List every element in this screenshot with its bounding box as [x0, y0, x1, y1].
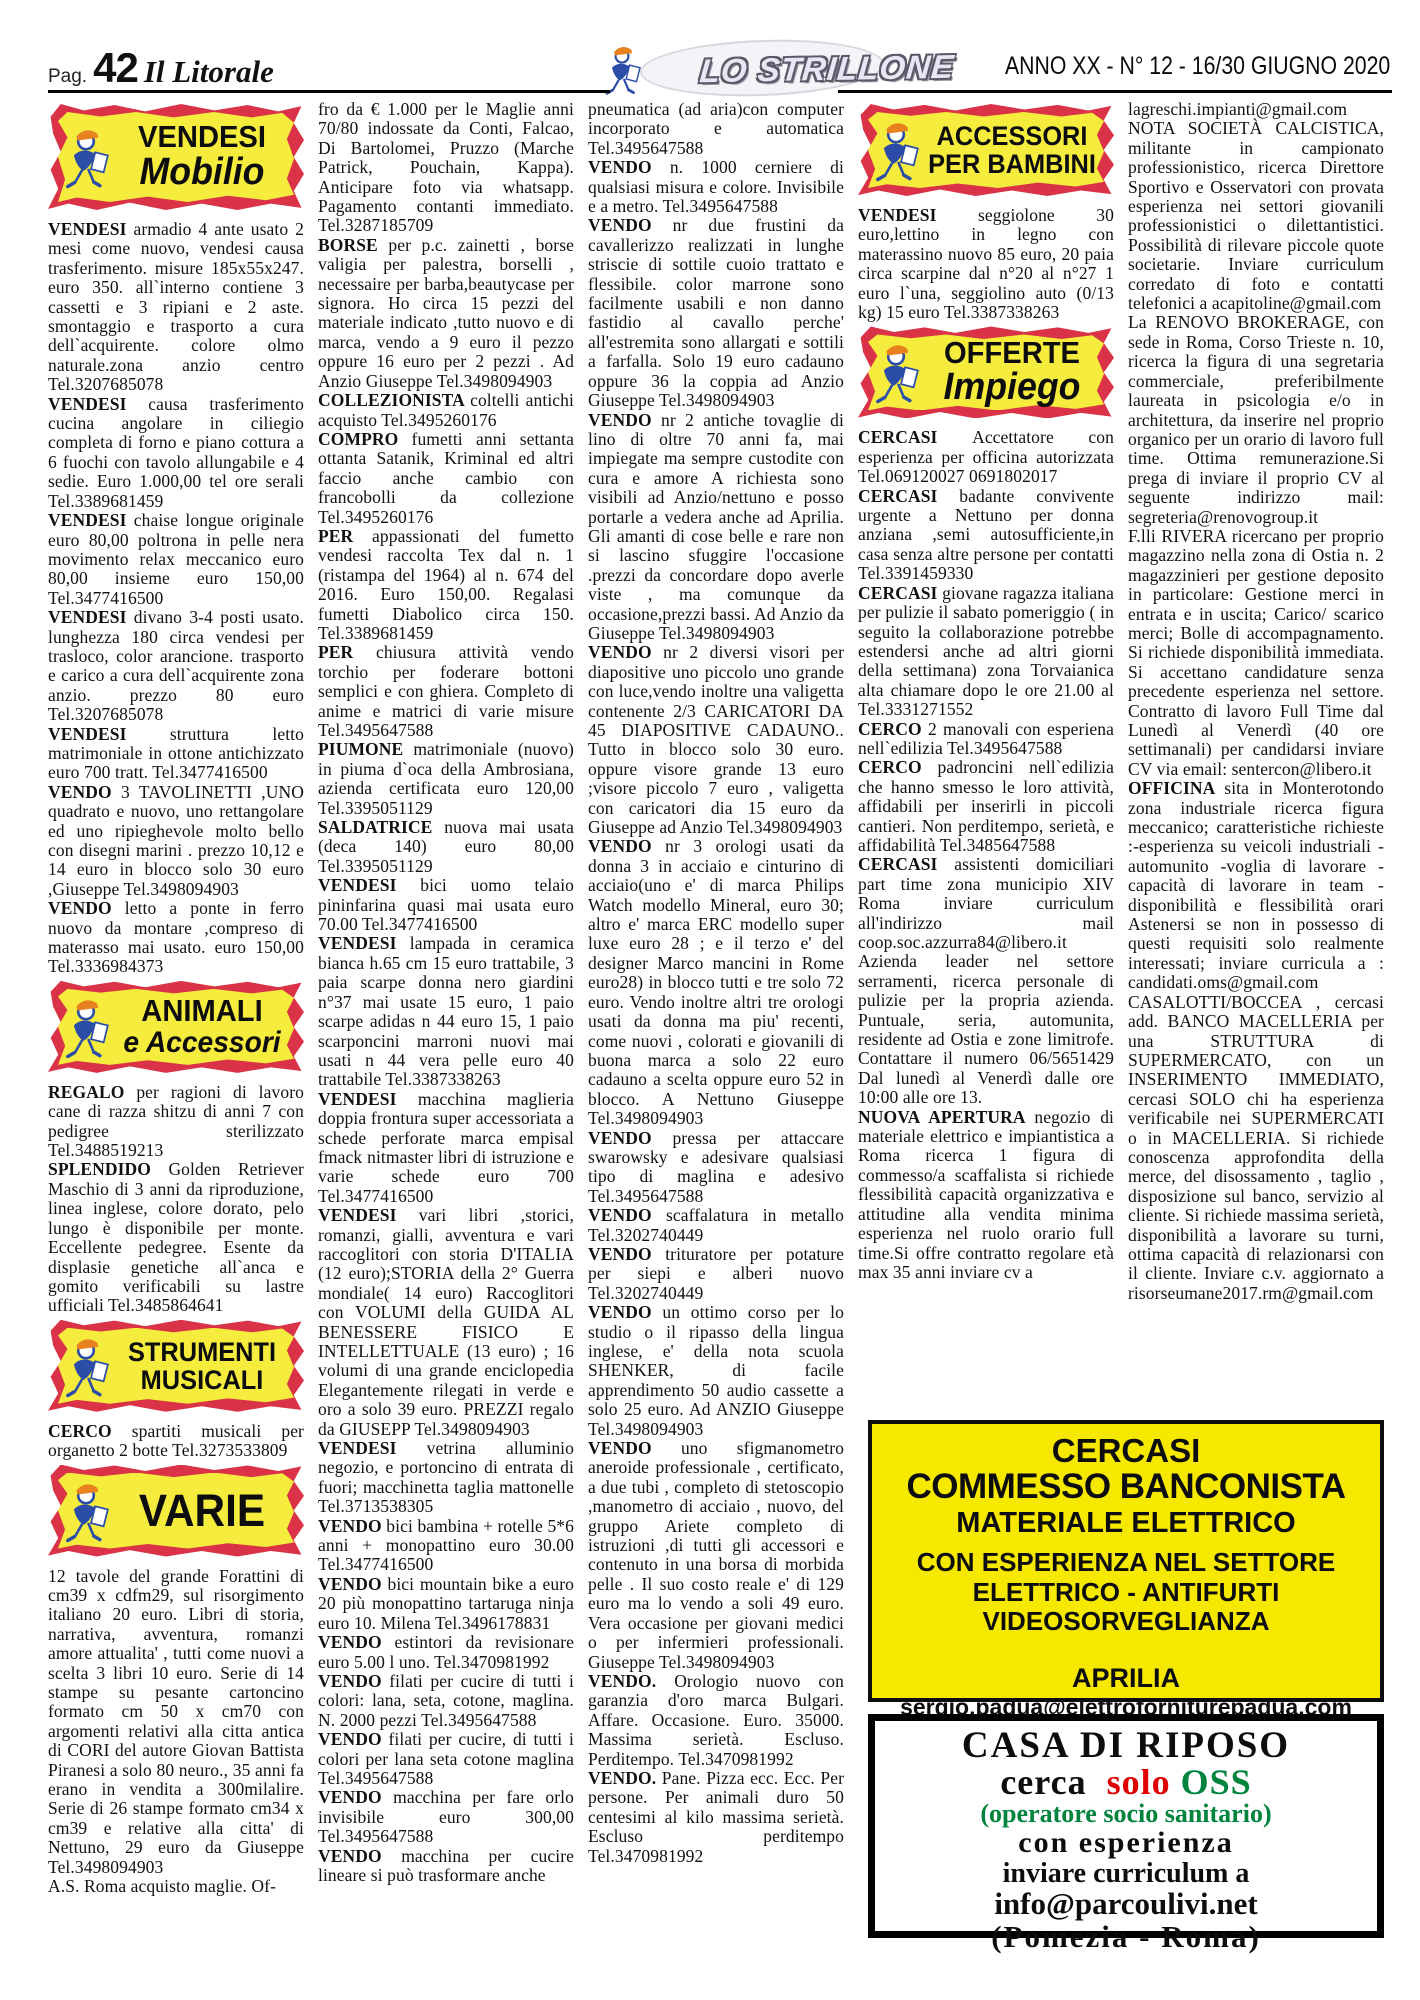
badge-content: OFFERTEImpiego	[870, 334, 1102, 410]
classified-ad: pneumatica (ad aria)con computer incorpo…	[588, 100, 844, 158]
section-badge: ANIMALIe Accessori	[48, 981, 304, 1073]
newsboy-cap	[886, 123, 908, 133]
ad-text: sita in Monterotondo zona industriale ri…	[1128, 778, 1384, 992]
classified-ad: VENDO 3 TAVOLINETTI ,UNO quadrato e nuov…	[48, 783, 304, 899]
badge-line: ANIMALI	[117, 995, 286, 1027]
ad-lead: COMPRO	[318, 429, 412, 449]
classified-ad: VENDO bici bambina + rotelle 5*6 anni + …	[318, 1517, 574, 1575]
classified-ad: VENDO filati per cucire di tutti i color…	[318, 1672, 574, 1730]
header-rule-right	[838, 90, 1392, 93]
classified-ad: La RENOVO BROKERAGE, con sede in Roma, C…	[1128, 313, 1384, 526]
section-badge: VARIE	[48, 1465, 304, 1557]
ad-lead: VENDO	[318, 1516, 386, 1536]
ad-text: armadio 4 ante usato 2 mesi come nuovo, …	[48, 219, 304, 394]
badge-content: STRUMENTIMUSICALI	[60, 1328, 292, 1404]
ad-lead: PIUMONE	[318, 739, 413, 759]
ad-text: CASALOTTI/BOCCEA , cercasi add. BANCO MA…	[1128, 992, 1384, 1303]
casa-subtitle: (operatore socio sanitario)	[875, 1800, 1377, 1827]
classified-ad: CERCASI Accettatore con esperienza per o…	[858, 428, 1114, 486]
ad-text: fro da € 1.000 per le Maglie anni 70/80 …	[318, 100, 574, 235]
classified-ad: VENDESI macchina maglieria doppia frontu…	[318, 1090, 574, 1206]
ad-text: uno sfigmanometro aneroide professionale…	[588, 1438, 844, 1671]
logo-title: LO STRILLONE	[698, 48, 956, 90]
ad-lead: COLLEZIONISTA	[318, 390, 470, 410]
casa-solo: solo	[1107, 1762, 1171, 1802]
classified-ad: REGALO per ragioni di lavoro cane di raz…	[48, 1083, 304, 1161]
classified-ad: VENDO macchina per fare orlo invisibile …	[318, 1788, 574, 1846]
classified-ad: VENDESI vari libri ,storici, romanzi, gi…	[318, 1206, 574, 1439]
newsboy-icon	[870, 112, 922, 188]
ad-lead: CERCO	[858, 719, 928, 739]
ad-lead: VENDO	[318, 1846, 401, 1866]
badge-line: Mobilio	[117, 153, 286, 193]
ad-text: nr 3 orologi usati da donna 3 in acciaio…	[588, 836, 844, 1128]
classified-ad: CERCASI badante convivente urgente a Net…	[858, 487, 1114, 584]
ad-lead: VENDO	[318, 1574, 387, 1594]
classified-ad: VENDO nr 3 orologi usati da donna 3 in a…	[588, 837, 844, 1128]
classified-ad: VENDO un ottimo corso per lo studio o il…	[588, 1303, 844, 1439]
badge-line: VARIE	[117, 1488, 286, 1533]
job-ad-line: VIDEOSORVEGLIANZA	[872, 1607, 1380, 1637]
ad-lead: VENDESI	[48, 219, 133, 239]
classified-ad: lagreschi.impianti@gmail.com NOTA SOCIET…	[1128, 100, 1384, 313]
classified-ad: COLLEZIONISTA coltelli antichi acquisto …	[318, 391, 574, 430]
classified-ad: VENDO macchina per cucire lineare si può…	[318, 1847, 574, 1886]
ad-text: pneumatica (ad aria)con computer incorpo…	[588, 100, 844, 158]
classified-ad: A.S. Roma acquisto maglie. Of-	[48, 1877, 304, 1896]
ad-text: Golden Retriever Maschio di 3 anni da ri…	[48, 1159, 304, 1315]
ad-lead: PER	[318, 526, 372, 546]
ad-text: negozio di materiale elettrico e impiant…	[858, 1107, 1114, 1282]
badge-content: ACCESSORIPER BAMBINI	[870, 112, 1102, 188]
casa-email: info@parcoulivi.net	[875, 1888, 1377, 1921]
section-badge: ACCESSORIPER BAMBINI	[858, 104, 1114, 196]
classified-ad: CERCO padroncini nell`edilizia che hanno…	[858, 758, 1114, 855]
page-label: Pag.	[48, 66, 87, 88]
ad-text: un ottimo corso per lo studio o il ripas…	[588, 1302, 844, 1438]
newsboy-cap	[76, 130, 98, 140]
column-3: pneumatica (ad aria)con computer incorpo…	[588, 100, 844, 1945]
ad-lead: VENDO	[588, 157, 670, 177]
badge-content: VARIE	[60, 1473, 292, 1549]
classified-ad: SALDATRICE nuova mai usata (deca 140) eu…	[318, 818, 574, 876]
classified-ad: VENDO scaffalatura in metallo Tel.320274…	[588, 1206, 844, 1245]
classified-ad: VENDO bici mountain bike a euro 20 più m…	[318, 1575, 574, 1633]
badge-line: e Accessori	[117, 1027, 286, 1059]
ad-lead: VENDO	[588, 642, 663, 662]
ad-text: per p.c. zainetti , borse valigia per pa…	[318, 235, 574, 391]
classified-ad: VENDO n. 1000 cerniere di qualsiasi misu…	[588, 158, 844, 216]
classified-ad: VENDO estintori da revisionare euro 5.00…	[318, 1633, 574, 1672]
ad-lead: VENDO	[588, 1302, 662, 1322]
ad-lead: VENDO	[318, 1671, 389, 1691]
classified-ad: SPLENDIDO Golden Retriever Maschio di 3 …	[48, 1160, 304, 1315]
job-ad-line: MATERIALE ELETTRICO	[872, 1505, 1380, 1541]
ad-lead: PER	[318, 642, 376, 662]
ad-lead: VENDESI	[318, 1089, 418, 1109]
ad-lead: VENDO	[588, 1205, 666, 1225]
ad-lead: VENDO.	[588, 1768, 662, 1788]
ad-text: vari libri ,storici, romanzi, gialli, av…	[318, 1205, 574, 1438]
header-rule-left	[48, 90, 610, 93]
ad-lead: VENDESI	[318, 875, 420, 895]
ad-text: A.S. Roma acquisto maglie. Of-	[48, 1876, 276, 1896]
job-ad-line: CERCASI	[872, 1434, 1380, 1469]
job-ad-line: ELETTRICO - ANTIFURTI	[872, 1578, 1380, 1608]
ad-lead: VENDESI	[48, 510, 134, 530]
classified-ad: CERCO spartiti musicali per organetto 2 …	[48, 1422, 304, 1461]
ad-lead: SPLENDIDO	[48, 1159, 168, 1179]
newsboy-cap	[76, 1339, 98, 1349]
ad-lead: VENDO	[588, 1244, 665, 1264]
ad-text: nr 2 diversi visori per diapositive uno …	[588, 642, 844, 837]
newspaper-page: Pag. 42 Il Litorale LO STRILLONE ANNO XX…	[0, 0, 1420, 2000]
ad-lead: BORSE	[318, 235, 388, 255]
classified-ad: VENDO nr 2 antiche tovaglie di lino di o…	[588, 411, 844, 644]
classified-ad: PER appassionati del fumetto vendesi rac…	[318, 527, 574, 643]
classified-ad: VENDO filati per cucire, di tutti i colo…	[318, 1730, 574, 1788]
badge-line: ACCESSORI	[927, 122, 1096, 150]
ad-text: 12 tavole del grande Forattini di cm39 x…	[48, 1566, 304, 1877]
section-badge: OFFERTEImpiego	[858, 326, 1114, 418]
classified-ad: VENDO. Pane. Pizza ecc. Ecc. Per persone…	[588, 1769, 844, 1866]
ad-text: lampada in ceramica bianca h.65 cm 15 eu…	[318, 933, 574, 1089]
badge-title: VARIE	[112, 1488, 292, 1533]
ad-text: lagreschi.impianti@gmail.com NOTA SOCIET…	[1128, 100, 1384, 313]
classified-ad: Azienda leader nel settore serramenti, r…	[858, 952, 1114, 1107]
classified-ad: VENDO letto a ponte in ferro nuovo da mo…	[48, 899, 304, 977]
badge-line: OFFERTE	[927, 337, 1096, 369]
ad-lead: VENDESI	[48, 394, 148, 414]
newsboy-cap	[76, 1000, 98, 1010]
classified-ad: NUOVA APERTURA negozio di materiale elet…	[858, 1108, 1114, 1283]
ad-lead: VENDO	[588, 1438, 681, 1458]
casa-line2: cerca solo OSS	[875, 1764, 1377, 1800]
classified-ad: VENDESI causa trasferimento cucina angol…	[48, 395, 304, 511]
ad-lead: CERCO	[858, 757, 938, 777]
ad-text: nr 2 antiche tovaglie di lino di oltre 7…	[588, 410, 844, 643]
page-number: 42	[93, 44, 138, 92]
ad-lead: NUOVA APERTURA	[858, 1107, 1034, 1127]
classified-ad: VENDESI vetrina alluminio negozio, e por…	[318, 1439, 574, 1517]
badge-content: VENDESIMobilio	[60, 112, 292, 202]
classified-ad: F.lli RIVERA ricercano per proprio magaz…	[1128, 527, 1384, 779]
ad-lead: VENDESI	[318, 1205, 419, 1225]
ad-lead: CERCASI	[858, 583, 942, 603]
classified-ad: CASALOTTI/BOCCEA , cercasi add. BANCO MA…	[1128, 993, 1384, 1304]
ad-lead: CERCO	[48, 1421, 132, 1441]
ad-lead: VENDO	[588, 410, 661, 430]
ad-lead: VENDO	[588, 1128, 672, 1148]
classified-ad: CERCASI assistenti domiciliari part time…	[858, 855, 1114, 952]
page-header-left: Pag. 42 Il Litorale	[48, 44, 274, 92]
newsboy-icon	[60, 1328, 112, 1404]
newsboy-icon	[60, 989, 112, 1065]
newsboy-cap	[886, 346, 908, 356]
ad-lead: VENDESI	[48, 607, 134, 627]
ad-lead: VENDO	[48, 782, 121, 802]
classified-ad: VENDO trituratore per potature per siepi…	[588, 1245, 844, 1303]
badge-line: Impiego	[927, 368, 1096, 408]
classified-ad: VENDESI seggiolone 30 euro,lettino in le…	[858, 206, 1114, 322]
ad-lead: CERCASI	[858, 486, 959, 506]
ad-lead: VENDO	[588, 215, 673, 235]
classified-ad: VENDO uno sfigmanometro aneroide profess…	[588, 1439, 844, 1672]
classified-ad: VENDESI chaise longue originale euro 80,…	[48, 511, 304, 608]
column-4: ACCESSORIPER BAMBINI VENDESI seggiolone …	[858, 100, 1114, 1418]
badge-line: PER BAMBINI	[927, 150, 1096, 178]
ad-text: nr due frustini da cavallerizzo realizza…	[588, 215, 844, 410]
badge-title: VENDESIMobilio	[112, 121, 292, 192]
ad-lead: REGALO	[48, 1082, 136, 1102]
casa-line4: con esperienza	[875, 1827, 1377, 1859]
classified-ad: BORSE per p.c. zainetti , borse valigia …	[318, 236, 574, 391]
ad-lead: VENDO.	[588, 1671, 674, 1691]
ad-lead: OFFICINA	[1128, 778, 1224, 798]
classified-ad: 12 tavole del grande Forattini di cm39 x…	[48, 1567, 304, 1878]
badge-line: MUSICALI	[117, 1366, 286, 1394]
job-ad-city: APRILIA	[872, 1663, 1380, 1694]
ad-lead: VENDESI	[858, 205, 978, 225]
job-ad-line: CON ESPERIENZA NEL SETTORE	[872, 1548, 1380, 1578]
job-ad-box: CERCASI COMMESSO BANCONISTA MATERIALE EL…	[868, 1420, 1384, 1702]
ad-lead: CERCASI	[858, 854, 954, 874]
classified-ad: VENDO pressa per attaccare swarowsky e a…	[588, 1129, 844, 1207]
section-badge: VENDESIMobilio	[48, 104, 304, 210]
job-ad-line: COMMESSO BANCONISTA	[872, 1469, 1380, 1506]
classified-ad: CERCO 2 manovali con esperiena nell`edil…	[858, 720, 1114, 759]
classified-ad: COMPRO fumetti anni settanta ottanta Sat…	[318, 430, 574, 527]
paper-name: Il Litorale	[144, 54, 274, 90]
classified-ad: VENDO nr 2 diversi visori per diapositiv…	[588, 643, 844, 837]
casa-cerca: cerca	[1000, 1762, 1086, 1802]
ad-lead: VENDO	[48, 898, 125, 918]
column-1: VENDESIMobilio VENDESI armadio 4 ante us…	[48, 100, 304, 1945]
ad-lead: VENDO	[588, 836, 665, 856]
badge-line: STRUMENTI	[117, 1338, 286, 1366]
section-badge: STRUMENTIMUSICALI	[48, 1320, 304, 1412]
classified-ad: PIUMONE matrimoniale (nuovo) in piuma d`…	[318, 740, 574, 818]
issue-info: ANNO XX - N° 12 - 16/30 GIUGNO 2020	[1005, 52, 1390, 81]
ad-lead: CERCASI	[858, 427, 972, 447]
ad-lead: VENDESI	[48, 724, 170, 744]
ad-text: giovane ragazza italiana per pulizie il …	[858, 583, 1114, 719]
classified-ad: OFFICINA sita in Monterotondo zona indus…	[1128, 779, 1384, 992]
ad-lead: VENDESI	[318, 1438, 427, 1458]
classified-ad: VENDESI divano 3-4 posti usato. lunghezz…	[48, 608, 304, 724]
badge-title: ACCESSORIPER BAMBINI	[922, 122, 1102, 178]
ad-text: Azienda leader nel settore serramenti, r…	[858, 951, 1114, 1107]
classified-ad: fro da € 1.000 per le Maglie anni 70/80 …	[318, 100, 574, 236]
column-2: fro da € 1.000 per le Maglie anni 70/80 …	[318, 100, 574, 1945]
ad-lead: VENDESI	[318, 933, 410, 953]
classified-ad: VENDO. Orologio nuovo con garanzia d'oro…	[588, 1672, 844, 1769]
ad-lead: VENDO	[318, 1632, 395, 1652]
newsboy-icon	[60, 1473, 112, 1549]
classified-ad: VENDESI armadio 4 ante usato 2 mesi come…	[48, 220, 304, 395]
newsboy-icon	[60, 119, 112, 195]
column-5: lagreschi.impianti@gmail.com NOTA SOCIET…	[1128, 100, 1384, 1418]
badge-title: ANIMALIe Accessori	[112, 995, 292, 1058]
classified-ad: VENDO nr due frustini da cavallerizzo re…	[588, 216, 844, 410]
casa-line5: inviare curriculum a	[875, 1859, 1377, 1888]
classified-ad: PER chiusura attività vendo torchio per …	[318, 643, 574, 740]
ad-lead: SALDATRICE	[318, 817, 444, 837]
casa-oss: OSS	[1181, 1762, 1252, 1802]
badge-title: STRUMENTIMUSICALI	[112, 1338, 292, 1394]
ad-text: F.lli RIVERA ricercano per proprio magaz…	[1128, 526, 1384, 779]
ad-lead: VENDO	[318, 1787, 393, 1807]
newsboy-icon	[870, 334, 922, 410]
badge-title: OFFERTEImpiego	[922, 337, 1102, 408]
classified-ad: CERCASI giovane ragazza italiana per pul…	[858, 584, 1114, 720]
badge-content: ANIMALIe Accessori	[60, 989, 292, 1065]
classified-ad: VENDESI struttura letto matrimoniale in …	[48, 725, 304, 783]
classified-ad: VENDESI bici uomo telaio pininfarina qua…	[318, 876, 574, 934]
newsboy-cap	[76, 1484, 98, 1494]
badge-line: VENDESI	[117, 121, 286, 153]
casa-title: CASA DI RIPOSO	[875, 1727, 1377, 1764]
newsboy-cap	[614, 47, 632, 55]
casa-location: (Pomezia - Roma)	[875, 1921, 1377, 1954]
classified-ad: VENDESI lampada in ceramica bianca h.65 …	[318, 934, 574, 1089]
casa-di-riposo-box: CASA DI RIPOSO cerca solo OSS (operatore…	[868, 1714, 1384, 1938]
ad-text: La RENOVO BROKERAGE, con sede in Roma, C…	[1128, 312, 1384, 526]
ad-lead: VENDO	[318, 1729, 388, 1749]
